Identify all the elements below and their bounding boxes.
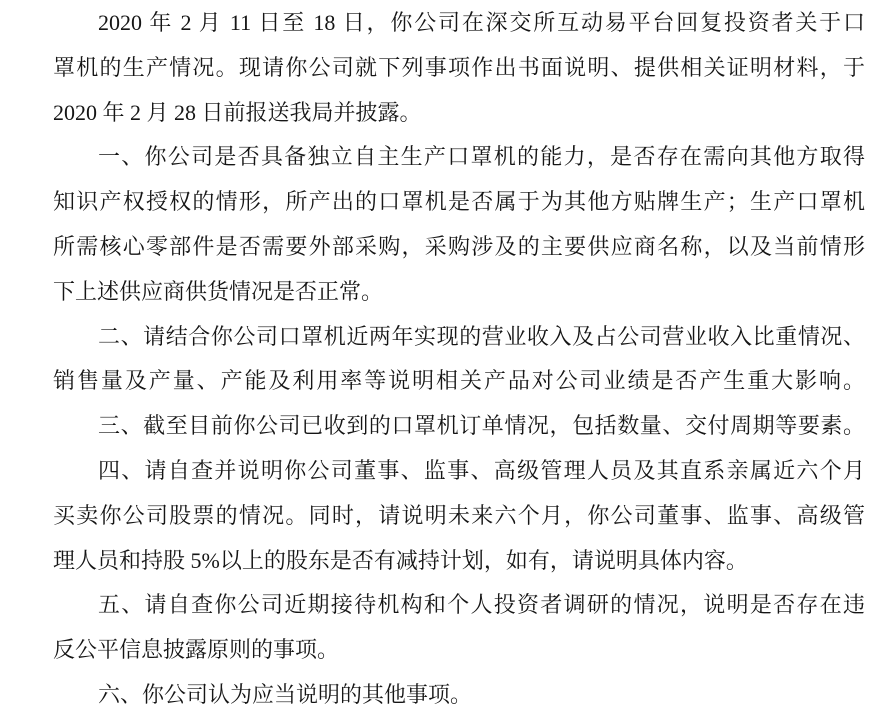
text-line: 六、你公司认为应当说明的其他事项。 [53,673,865,718]
text-line: 理人员和持股 5%以上的股东是否有减持计划，如有，请说明具体内容。 [53,539,865,584]
text-line: 买卖你公司股票的情况。同时，请说明未来六个月，你公司董事、监事、高级管 [53,494,865,539]
paragraph-item-2: 二、请结合你公司口罩机近两年实现的营业收入及占公司营业收入比重情况、 销售量及产… [53,315,865,405]
document-page: 2020 年 2 月 11 日至 18 日，你公司在深交所互动易平台回复投资者关… [0,0,892,719]
text-line: 销售量及产量、产能及利用率等说明相关产品对公司业绩是否产生重大影响。 [53,359,865,404]
text-line: 反公平信息披露原则的事项。 [53,628,865,673]
paragraph-item-5: 五、请自查你公司近期接待机构和个人投资者调研的情况，说明是否存在违 反公平信息披… [53,583,865,673]
text-line: 二、请结合你公司口罩机近两年实现的营业收入及占公司营业收入比重情况、 [53,315,865,360]
text-line: 2020 年 2 月 28 日前报送我局并披露。 [53,91,865,136]
text-line: 所需核心零部件是否需要外部采购，采购涉及的主要供应商名称，以及当前情形 [53,225,865,270]
text-line: 罩机的生产情况。现请你公司就下列事项作出书面说明、提供相关证明材料，于 [53,46,865,91]
paragraph-item-6: 六、你公司认为应当说明的其他事项。 [53,673,865,718]
text-line: 三、截至目前你公司已收到的口罩机订单情况，包括数量、交付周期等要素。 [53,404,865,449]
paragraph-item-4: 四、请自查并说明你公司董事、监事、高级管理人员及其直系亲属近六个月 买卖你公司股… [53,449,865,583]
text-line: 2020 年 2 月 11 日至 18 日，你公司在深交所互动易平台回复投资者关… [53,1,865,46]
paragraph-item-3: 三、截至目前你公司已收到的口罩机订单情况，包括数量、交付周期等要素。 [53,404,865,449]
text-line: 下上述供应商供货情况是否正常。 [53,270,865,315]
paragraph-item-1: 一、你公司是否具备独立自主生产口罩机的能力，是否存在需向其他方取得 知识产权授权… [53,135,865,314]
paragraph-intro: 2020 年 2 月 11 日至 18 日，你公司在深交所互动易平台回复投资者关… [53,1,865,135]
text-line: 四、请自查并说明你公司董事、监事、高级管理人员及其直系亲属近六个月 [53,449,865,494]
text-line: 一、你公司是否具备独立自主生产口罩机的能力，是否存在需向其他方取得 [53,135,865,180]
text-line: 知识产权授权的情形，所产出的口罩机是否属于为其他方贴牌生产；生产口罩机 [53,180,865,225]
text-line: 五、请自查你公司近期接待机构和个人投资者调研的情况，说明是否存在违 [53,583,865,628]
